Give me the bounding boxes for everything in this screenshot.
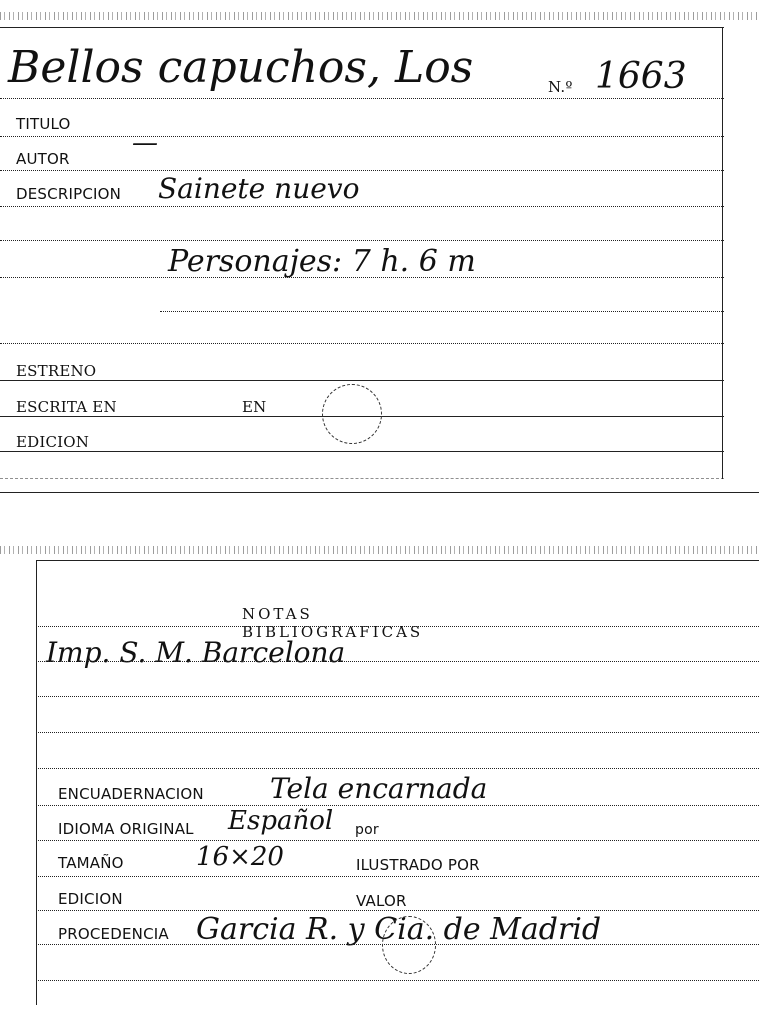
rule <box>0 343 724 344</box>
rule <box>36 696 759 697</box>
idioma-original-value: Español <box>228 806 333 836</box>
card-separator <box>0 492 759 493</box>
autor-label: AUTOR <box>16 150 70 168</box>
encuadernacion-label: ENCUADERNACION <box>58 785 204 803</box>
rule <box>36 876 759 877</box>
rule <box>36 626 759 627</box>
titulo-label: TITULO <box>16 115 71 133</box>
escrita-en-label: ESCRITA EN <box>16 398 117 416</box>
rule <box>36 910 759 911</box>
rule <box>36 768 759 769</box>
card-bottom-edge <box>0 478 724 479</box>
valor-label: VALOR <box>356 892 407 910</box>
number-label: N.º <box>548 78 573 96</box>
rule <box>36 980 759 981</box>
rule <box>0 451 724 452</box>
card-right-border <box>722 27 723 479</box>
rule <box>36 661 759 662</box>
estreno-label: ESTRENO <box>16 362 96 380</box>
tamano-value: 16×20 <box>196 842 284 872</box>
personajes-value: Personajes: 7 h. 6 m <box>168 244 476 279</box>
encuadernacion-value: Tela encarnada <box>270 772 487 805</box>
idioma-original-label: IDIOMA ORIGINAL <box>58 820 194 838</box>
card-top-border <box>0 27 724 28</box>
rule <box>36 805 759 806</box>
rule <box>0 206 724 207</box>
scan-noise-top <box>0 12 759 20</box>
card-top-border <box>36 560 759 561</box>
tamano-label: TAMAÑO <box>58 854 124 872</box>
punched-hole-stamp <box>322 384 382 444</box>
number-value: 1663 <box>595 56 687 97</box>
en-label: EN <box>242 398 266 416</box>
por-label: por <box>355 822 379 838</box>
rule <box>36 732 759 733</box>
rule <box>0 380 724 381</box>
rule <box>0 170 724 171</box>
title-handwritten: Bellos capuchos, Los <box>8 42 473 93</box>
scan-noise-bottom <box>0 546 759 554</box>
rule <box>0 136 724 137</box>
descripcion-label: DESCRIPCION <box>16 185 121 203</box>
edicion-label: EDICION <box>16 433 89 451</box>
rule <box>0 240 724 241</box>
rule <box>0 277 724 278</box>
autor-value: — <box>132 128 158 158</box>
edicion-label-back: EDICION <box>58 890 123 908</box>
rule <box>0 98 724 99</box>
rule <box>36 840 759 841</box>
descripcion-value: Sainete nuevo <box>158 172 359 205</box>
punched-hole-stamp <box>382 916 436 974</box>
notes-line-1: Imp. S. M. Barcelona <box>46 636 345 669</box>
ilustrado-por-label: ILUSTRADO POR <box>356 856 480 874</box>
procedencia-label: PROCEDENCIA <box>58 925 169 943</box>
rule <box>160 311 724 312</box>
